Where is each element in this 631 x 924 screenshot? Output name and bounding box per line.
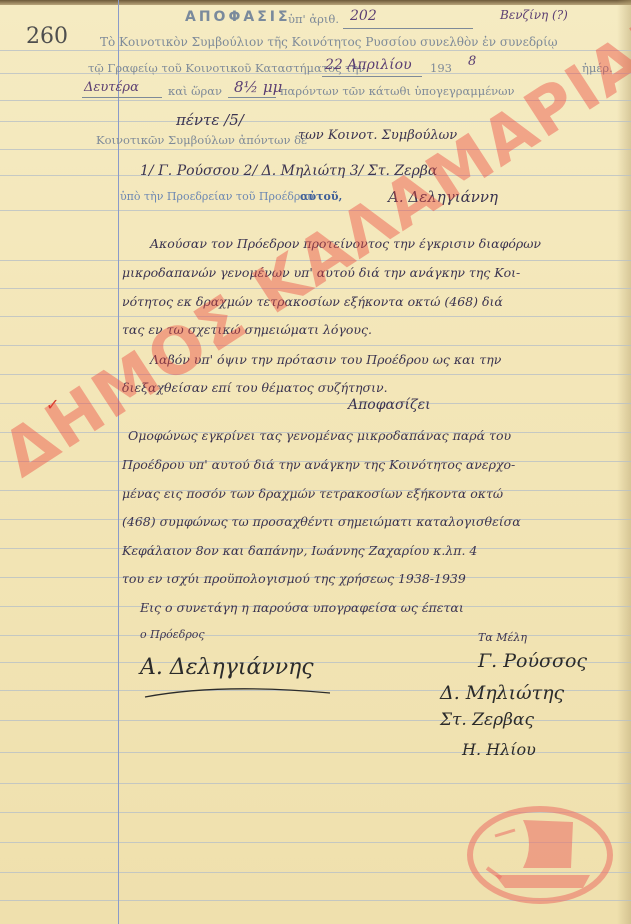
ruled-line xyxy=(0,872,631,873)
date-fill-line xyxy=(322,76,422,77)
text-line: Προέδρου υπ' αυτού διά την ανάγκην της Κ… xyxy=(122,457,515,472)
decision-heading: Αποφασίζει xyxy=(348,397,431,413)
ruled-line xyxy=(0,50,631,51)
text-line: Ομοφώνως εγκρίνει τας γενομένας μικροδαπ… xyxy=(128,428,511,443)
decision-topic: Βενζίνη (?) xyxy=(500,8,568,22)
meeting-date: 22 Απριλίου xyxy=(325,57,412,73)
members-label: Τα Μέλη xyxy=(478,631,527,644)
check-mark: ✓ xyxy=(46,395,59,414)
ruled-line xyxy=(0,720,631,721)
ruled-line xyxy=(0,288,631,289)
member-signature: Δ. Μηλιώτης xyxy=(440,682,564,704)
text-line: του εν ισχύι προϋπολογισμού της χρήσεως … xyxy=(122,571,466,586)
printed-line-7-bold: αὐτοῦ, xyxy=(300,190,342,203)
ruled-line xyxy=(0,210,631,211)
ruled-line xyxy=(0,100,631,101)
text-line: (468) συμφώνως τω προσαχθέντι σημειώματι… xyxy=(122,514,521,529)
ship-seal-icon xyxy=(465,800,615,905)
meeting-time: 8½ μμ xyxy=(234,78,282,96)
text-line: Ακούσαν τον Πρόεδρον προτείνοντος την έγ… xyxy=(150,236,541,251)
printed-line-3a: καὶ ὥραν xyxy=(168,84,222,98)
page-number: 260 xyxy=(26,24,68,49)
page-right-edge xyxy=(617,0,631,924)
text-line: διεξαχθείσαν επί του θέματος συζήτησιν. xyxy=(122,380,388,395)
text-line: νότητος εκ δραχμών τετρακοσίων εξήκοντα … xyxy=(122,294,503,309)
ruled-line xyxy=(0,260,631,261)
number-label: ὑπ' ἀριθ. xyxy=(288,12,339,26)
ruled-line xyxy=(0,403,631,404)
ruled-line xyxy=(0,812,631,813)
ruled-line xyxy=(0,783,631,784)
text-line: Λαβόν υπ' όψιν την πρότασιν του Προέδρου… xyxy=(150,352,501,367)
ruled-line xyxy=(0,149,631,150)
ruled-line xyxy=(0,842,631,843)
time-fill-line xyxy=(228,97,276,98)
text-line: μένας εις ποσόν των δραχμών τετρακοσίων … xyxy=(122,486,503,501)
ruled-line xyxy=(0,374,631,375)
printed-day-label: ἡμέρ. xyxy=(582,61,613,75)
president-signature-flourish xyxy=(140,675,340,705)
text-line: τας εν τω σχετικώ σημειώματι λόγους. xyxy=(122,322,372,337)
text-line: Κεφάλαιον 8ον και δαπάνην, Ιωάννης Ζαχαρ… xyxy=(122,543,477,558)
present-count: πέντε /5/ xyxy=(176,111,244,129)
printed-year-prefix: 193 xyxy=(430,61,452,75)
weekday-fill-line xyxy=(82,97,162,98)
text-line: μικροδαπανών γενομένων υπ' αυτού διά την… xyxy=(122,265,520,280)
ruled-line xyxy=(0,121,631,122)
president-label: ο Πρόεδρος xyxy=(140,628,205,641)
text-line: Εις ο συνετάγη η παρούσα υπογραφείσα ως … xyxy=(140,600,464,615)
ruled-line xyxy=(0,345,631,346)
ruled-line xyxy=(0,752,631,753)
number-fill-line xyxy=(343,28,473,29)
printed-line-1: Τὸ Κοινοτικὸν Συμβούλιον τῆς Κοινότητος … xyxy=(100,35,558,49)
present-members: 1/ Γ. Ρούσσου 2/ Δ. Μηλιώτη 3/ Στ. Ζερβα xyxy=(140,163,437,179)
member-signature: Στ. Ζερβας xyxy=(440,710,534,730)
printed-line-2a: τῷ Γραφείῳ τοῦ Κοινοτικοῦ Καταστήματος τ… xyxy=(88,61,365,75)
absent-members: των Κοινοτ. Συμβούλων xyxy=(298,128,457,143)
decision-title: ΑΠΟΦΑΣΙΣ xyxy=(185,9,291,25)
member-signature: Γ. Ρούσσος xyxy=(478,650,587,672)
president-name: Α. Δεληγιάννη xyxy=(388,188,498,206)
page-top-edge xyxy=(0,0,631,5)
printed-line-7: ὑπὸ τὴν Προεδρείαν τοῦ Προέδρου xyxy=(120,190,314,203)
printed-line-3b: παρόντων τῶν κάτωθι ὑπογεγραμμένων xyxy=(280,84,515,98)
decision-number: 202 xyxy=(350,8,377,24)
ruled-line xyxy=(0,635,631,636)
meeting-weekday: Δευτέρα xyxy=(84,80,139,95)
year-digit: 8 xyxy=(468,54,476,69)
document-page: 260 ΑΠΟΦΑΣΙΣ ὑπ' ἀριθ. 202 Βενζίνη (?) Τ… xyxy=(0,0,631,924)
member-signature: Η. Ηλίου xyxy=(462,740,536,759)
ruled-line xyxy=(0,316,631,317)
printed-line-5: Κοινοτικῶν Συμβούλων ἀπόντων δὲ xyxy=(96,133,307,147)
ruled-line xyxy=(0,900,631,901)
